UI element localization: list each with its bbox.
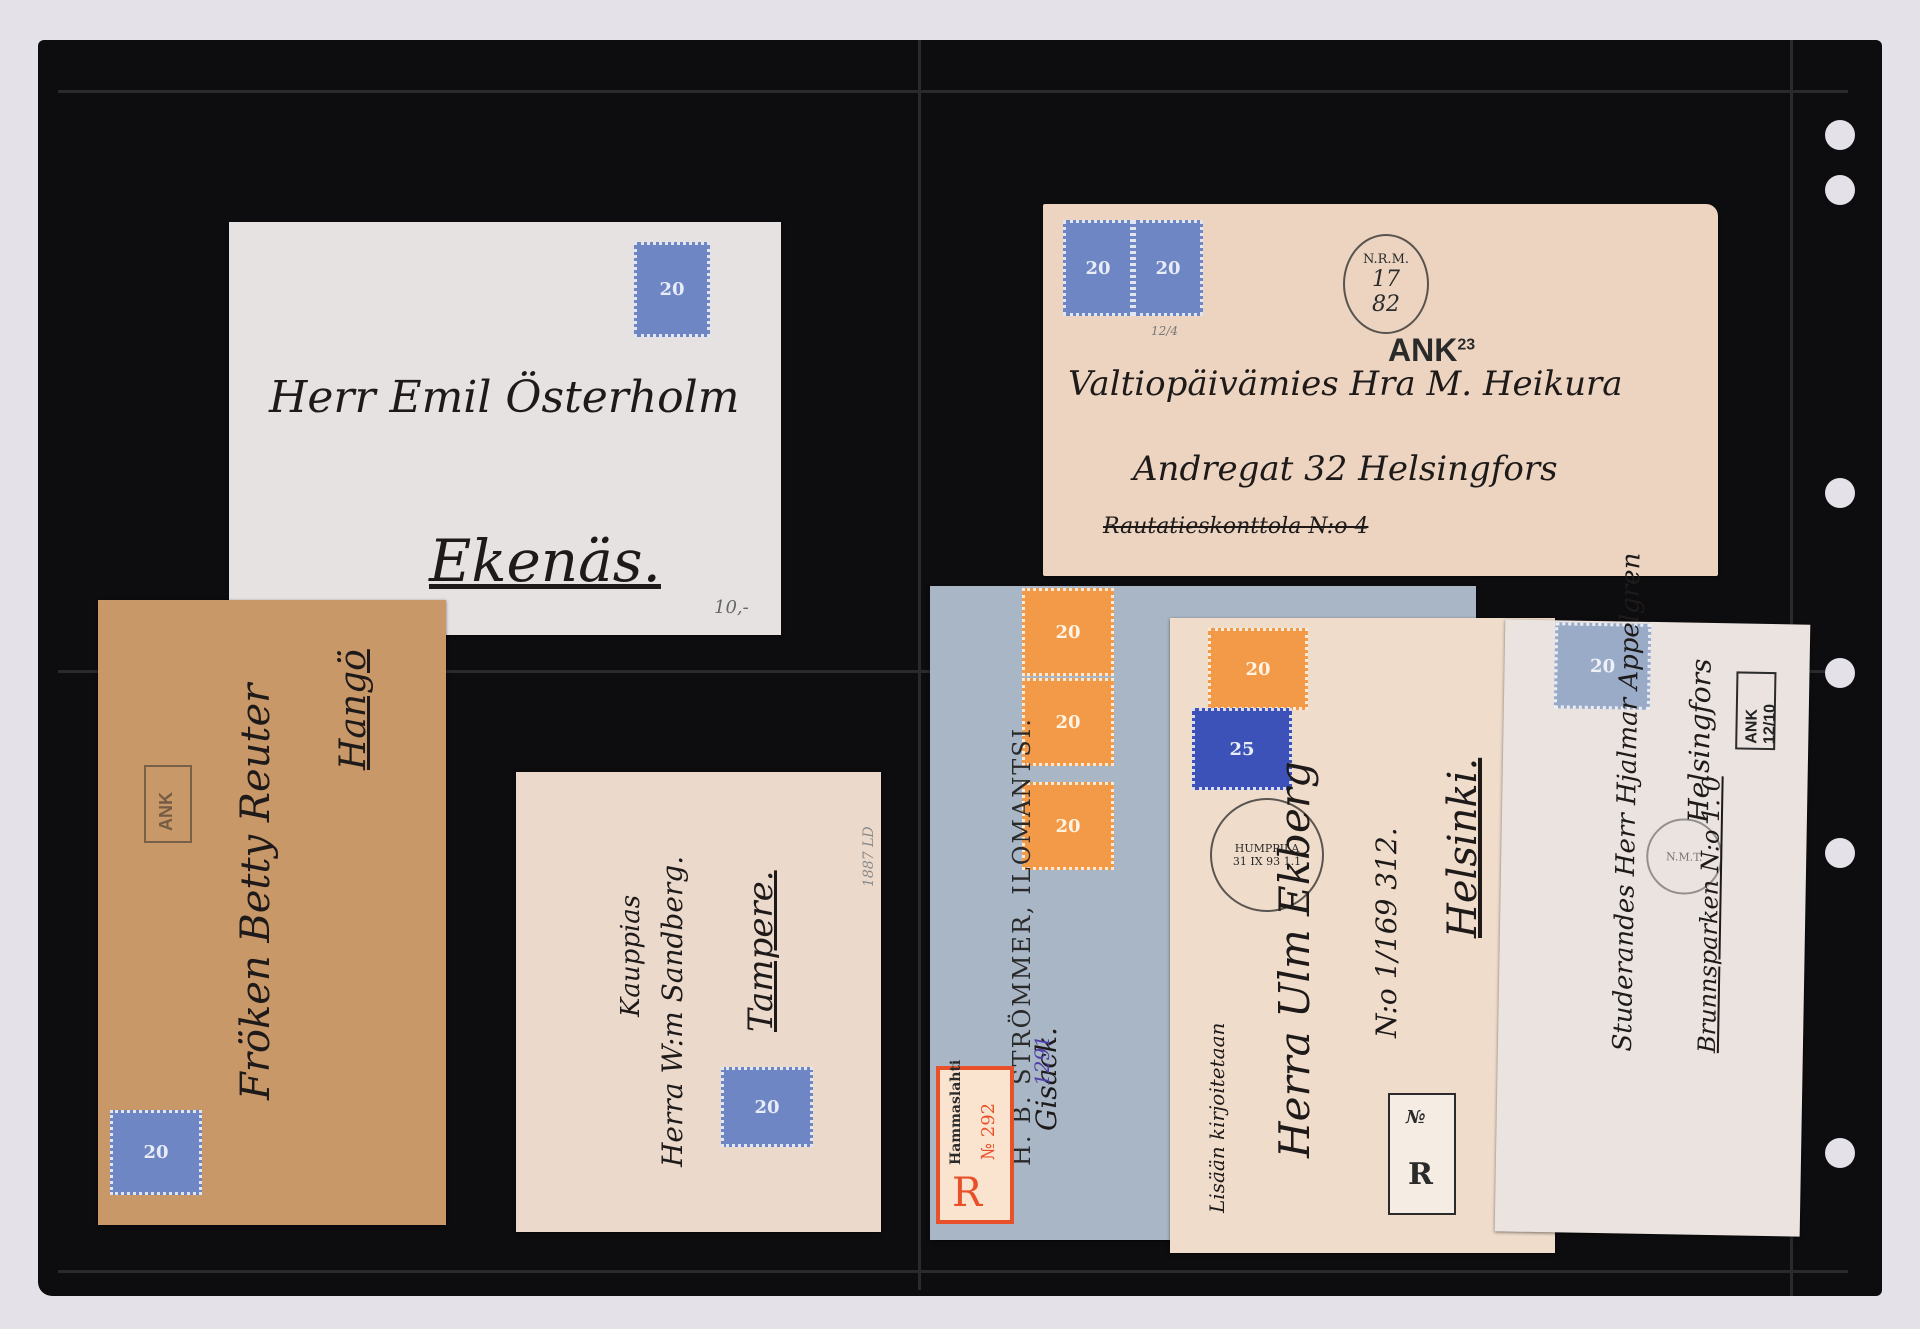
address-line: Andregat 32 Helsingfors <box>1133 449 1558 489</box>
address-line: Ekenäs. <box>429 527 661 595</box>
registration-number: № 292 <box>978 1103 999 1160</box>
punch-hole <box>1825 838 1855 868</box>
registration-letter: R <box>952 1170 982 1216</box>
stamp-20-penni: 20 <box>1022 588 1114 676</box>
cover-ekenas: 20 Herr Emil Österholm Ekenäs. 10,- <box>229 222 781 635</box>
cover-hango: 20 ANK Fröken Betty Reuter Hangö <box>98 600 446 1225</box>
registration-office: Hammaslahti <box>948 1060 964 1165</box>
punch-hole <box>1825 658 1855 688</box>
pencil-note: 1887 LD <box>861 826 877 887</box>
ank-box-mark: ANK <box>144 765 192 843</box>
stamp-20-penni: 20 <box>634 242 710 337</box>
ank-box-mark: ANK 12/10 <box>1735 671 1776 750</box>
address-line: Brunnsparken N:o 1. 0 <box>1693 776 1726 1053</box>
punch-hole <box>1825 1138 1855 1168</box>
registration-label: R № <box>1388 1093 1456 1215</box>
cover-appelgren: 20 ANK 12/10 N.M.T. Studerandes Herr Hja… <box>1495 619 1811 1236</box>
cover-tampere: 20 Kauppias Herra W:m Sandberg. Tampere.… <box>516 772 881 1232</box>
arrival-text: ANK <box>1388 332 1457 368</box>
address-line: Herr Emil Österholm <box>269 372 739 423</box>
sheet-divider <box>918 40 921 1290</box>
address-line: Helsinki. <box>1440 758 1486 938</box>
postmark-day: 17 <box>1372 267 1400 292</box>
arrival-day: 23 <box>1457 336 1475 353</box>
pencil-note: 12/4 <box>1151 324 1178 338</box>
punch-hole <box>1825 478 1855 508</box>
address-line: Herra Ulm Ekberg <box>1270 761 1319 1158</box>
punch-hole <box>1825 175 1855 205</box>
address-line: N:o 1/169 312. <box>1370 827 1403 1038</box>
stamp-20-penni: 20 <box>1208 628 1308 710</box>
registration-number-prefix: № <box>1406 1107 1426 1128</box>
address-line: Tampere. <box>741 870 781 1032</box>
pocket-strip-bottom <box>58 1270 1848 1273</box>
postmark: N.R.M. 17 82 <box>1343 234 1429 334</box>
pencil-note: 10,- <box>714 597 749 618</box>
stamp-20-penni: 20 <box>1063 220 1133 316</box>
address-line: Valtiopäivämies Hra M. Heikura <box>1068 364 1623 404</box>
pencil-note: 1291 <box>1030 1035 1054 1086</box>
pocket-strip-top <box>58 90 1848 93</box>
postmark-town: N.R.M. <box>1363 252 1409 267</box>
address-line: Lisään kirjoitetaan <box>1205 1023 1229 1213</box>
postmark-year: 82 <box>1372 292 1400 317</box>
stamp-20-penni: 20 <box>721 1067 813 1147</box>
punch-hole <box>1825 120 1855 150</box>
address-line: Kauppias <box>616 895 646 1017</box>
registration-label: R Hammaslahti № 292 <box>936 1066 1014 1224</box>
address-line: Fröken Betty Reuter <box>233 684 279 1100</box>
address-line: Hangö <box>333 649 374 770</box>
address-line: Herra W:m Sandberg. <box>656 856 689 1167</box>
address-line-struck: Rautatieskonttola N:o 4 <box>1103 514 1368 539</box>
stamp-20-penni: 20 <box>1133 220 1203 316</box>
registration-letter: R <box>1408 1157 1433 1192</box>
cover-heikura: 20 20 N.R.M. 17 82 ANK23 Valtiopäivämies… <box>1043 204 1718 576</box>
stamp-20-penni: 20 <box>110 1110 202 1195</box>
